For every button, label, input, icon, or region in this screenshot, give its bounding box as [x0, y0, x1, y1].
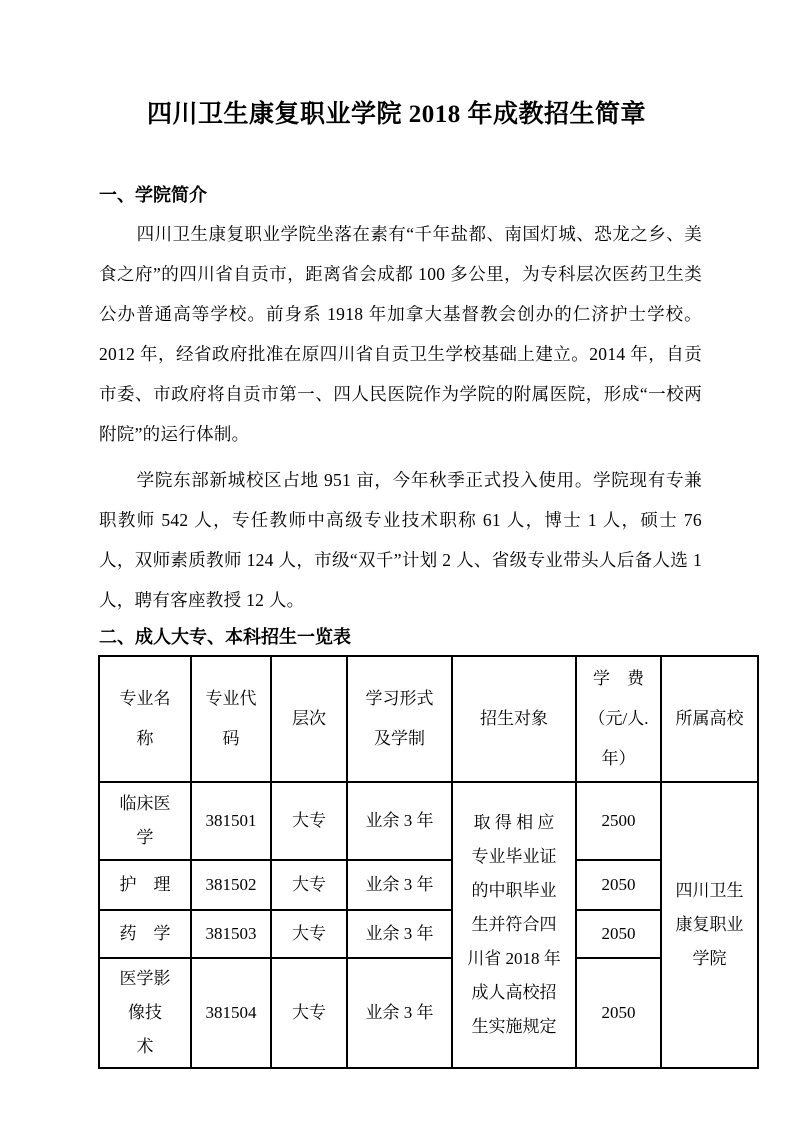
header-study-mode: 学习形式 及学制	[347, 656, 452, 782]
document-page: 四川卫生康复职业学院 2018 年成教招生简章 一、学院简介 四川卫生康复职业学…	[0, 0, 793, 1122]
major-code-cell: 381504	[191, 958, 271, 1068]
header-tuition: 学 费 （元/人. 年）	[576, 656, 661, 782]
tuition-cell: 2050	[576, 910, 661, 958]
table-row: 药 学 381503 大专 业余 3 年 2050	[99, 910, 758, 958]
tuition-cell: 2050	[576, 860, 661, 910]
table-header-row: 专业名 称 专业代 码 层次 学习形式 及学制 招生对象 学 费 （元/人. 年…	[99, 656, 758, 782]
major-code-cell: 381502	[191, 860, 271, 910]
intro-paragraph-2: 学院东部新城校区占地 951 亩，今年秋季正式投入使用。学院现有专兼职教师 54…	[99, 460, 702, 620]
tuition-cell: 2500	[576, 782, 661, 860]
level-cell: 大专	[271, 860, 347, 910]
major-name-cell: 药 学	[99, 910, 191, 958]
study-mode-cell: 业余 3 年	[347, 958, 452, 1068]
major-name-cell: 临床医 学	[99, 782, 191, 860]
section1-heading: 一、学院简介	[99, 182, 793, 208]
level-cell: 大专	[271, 958, 347, 1068]
college-cell: 四川卫生 康复职业 学院	[661, 782, 758, 1068]
header-major-code: 专业代 码	[191, 656, 271, 782]
header-level: 层次	[271, 656, 347, 782]
header-college: 所属高校	[661, 656, 758, 782]
table-row: 临床医 学 381501 大专 业余 3 年 取 得 相 应 专业毕业证 的中职…	[99, 782, 758, 860]
major-code-cell: 381503	[191, 910, 271, 958]
header-admission-target: 招生对象	[452, 656, 576, 782]
section2-heading: 二、成人大专、本科招生一览表	[99, 624, 793, 650]
tuition-cell: 2050	[576, 958, 661, 1068]
study-mode-cell: 业余 3 年	[347, 860, 452, 910]
study-mode-cell: 业余 3 年	[347, 782, 452, 860]
study-mode-cell: 业余 3 年	[347, 910, 452, 958]
enrollment-table: 专业名 称 专业代 码 层次 学习形式 及学制 招生对象 学 费 （元/人. 年…	[98, 655, 759, 1069]
table-row: 医学影 像技 术 381504 大专 业余 3 年 2050	[99, 958, 758, 1068]
major-name-cell: 护 理	[99, 860, 191, 910]
major-name-cell: 医学影 像技 术	[99, 958, 191, 1068]
level-cell: 大专	[271, 910, 347, 958]
header-major-name: 专业名 称	[99, 656, 191, 782]
intro-paragraph-1: 四川卫生康复职业学院坐落在素有“千年盐都、南国灯城、恐龙之乡、美食之府”的四川省…	[99, 214, 702, 454]
table-row: 护 理 381502 大专 业余 3 年 2050	[99, 860, 758, 910]
document-title: 四川卫生康复职业学院 2018 年成教招生简章	[0, 0, 793, 134]
admission-target-cell: 取 得 相 应 专业毕业证 的中职毕业 生并符合四 川省 2018 年 成人高校…	[452, 782, 576, 1068]
major-code-cell: 381501	[191, 782, 271, 860]
level-cell: 大专	[271, 782, 347, 860]
